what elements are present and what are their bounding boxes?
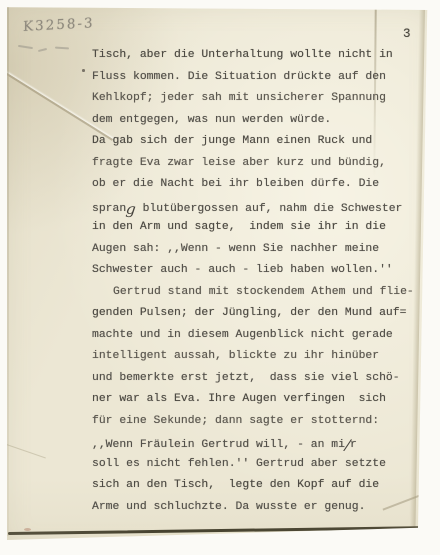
- typed-line: fragte Eva zwar leise aber kurz und bünd…: [92, 153, 422, 175]
- typed-text-segment: ner war als Eva. Ihre Augen verfingen si…: [92, 393, 386, 405]
- red-smudge: [24, 528, 31, 531]
- paper-left-edge: [7, 6, 9, 536]
- typed-text-segment: machte und in diesem Augenblick nicht ge…: [92, 329, 393, 341]
- typed-text-segment: dem entgegen, was nun werden würde.: [92, 114, 331, 126]
- typed-text-segment: Arme und schluchzte. Da wusste er genug.: [92, 501, 365, 513]
- typed-line: soll es nicht fehlen.'' Gertrud aber set…: [92, 454, 422, 476]
- typed-line: Augen sah: ,,Wenn - wenn Sie nachher mei…: [92, 239, 422, 261]
- typed-text-segment: Gertrud stand mit stockendem Athem und f…: [113, 286, 414, 298]
- typed-line: intelligent aussah, blickte zu ihr hinüb…: [92, 346, 422, 368]
- typed-text-segment: intelligent aussah, blickte zu ihr hinüb…: [92, 350, 379, 362]
- catalog-number-annotation: K3258-3: [23, 15, 95, 35]
- typed-line: ,,Wenn Fräulein Gertrud will, - an mi/r: [92, 432, 422, 454]
- typed-text-segment: soll es nicht fehlen.'' Gertrud aber set…: [92, 458, 386, 470]
- typed-line: Gertrud stand mit stockendem Athem und f…: [92, 282, 422, 304]
- typed-text-segment: Fluss kommen. Die Situation drückte auf …: [92, 71, 386, 83]
- pencil-stroke: [18, 45, 33, 49]
- typed-line: Kehlkopf; jeder sah mit unsicherer Spann…: [92, 88, 422, 110]
- typed-text-segment: Kehlkopf; jeder sah mit unsicherer Spann…: [92, 92, 386, 104]
- typed-line: Da gab sich der junge Mann einen Ruck un…: [92, 131, 422, 153]
- typed-text-segment: r: [350, 439, 357, 451]
- typed-line: dem entgegen, was nun werden würde.: [92, 110, 422, 132]
- typed-line: machte und in diesem Augenblick nicht ge…: [92, 325, 422, 347]
- typed-text-segment: fragte Eva zwar leise aber kurz und bünd…: [92, 157, 386, 169]
- typed-text-segment: sich an den Tisch, legte den Kopf auf di…: [92, 479, 379, 491]
- typed-text-segment: blutübergossen auf, nahm die Schwester: [136, 203, 403, 215]
- typed-line: sich an den Tisch, legte den Kopf auf di…: [92, 475, 422, 497]
- photo-background: K3258-3 3 Tisch, aber die Unterhaltung w…: [0, 0, 440, 555]
- typed-text-segment: und bemerkte erst jetzt, dass sie viel s…: [92, 372, 400, 384]
- typed-line: Arme und schluchzte. Da wusste er genug.: [92, 497, 422, 519]
- typed-text-segment: Tisch, aber die Unterhaltung wollte nich…: [92, 49, 393, 61]
- typed-text-segment: Schwester auch - auch - lieb haben wolle…: [92, 264, 393, 276]
- typed-text-segment: genden Pulsen; der Jüngling, der den Mun…: [92, 307, 406, 319]
- pencil-stroke: [55, 47, 69, 50]
- typed-line: Schwester auch - auch - lieb haben wolle…: [92, 260, 422, 282]
- typed-text-segment: ,,Wenn Fräulein Gertrud will, - an mi: [92, 439, 345, 451]
- typed-line: ner war als Eva. Ihre Augen verfingen si…: [92, 389, 422, 411]
- typed-line: Tisch, aber die Unterhaltung wollte nich…: [92, 45, 422, 67]
- crease-bottom-left: [0, 441, 46, 459]
- ink-speck: [82, 69, 85, 72]
- typed-line: sprang blutübergossen auf, nahm die Schw…: [92, 196, 422, 218]
- typed-text-segment: Augen sah: ,,Wenn - wenn Sie nachher mei…: [92, 243, 379, 255]
- page-number: 3: [403, 27, 411, 41]
- typed-text-segment: in den Arm und sagte, indem sie ihr in d…: [92, 221, 386, 233]
- document-page: K3258-3 3 Tisch, aber die Unterhaltung w…: [0, 0, 440, 555]
- typed-text-segment: für eine Sekunde; dann sagte er stottern…: [92, 415, 379, 427]
- typed-line: Fluss kommen. Die Situation drückte auf …: [92, 67, 422, 89]
- pencil-stroke: [38, 48, 47, 52]
- typed-line: für eine Sekunde; dann sagte er stottern…: [92, 411, 422, 433]
- typed-text-segment: Da gab sich der junge Mann einen Ruck un…: [92, 135, 372, 147]
- typed-text-block: Tisch, aber die Unterhaltung wollte nich…: [92, 45, 422, 518]
- typed-line: in den Arm und sagte, indem sie ihr in d…: [92, 217, 422, 239]
- typed-text-segment: ob er die Nacht bei ihr bleiben dürfe. D…: [92, 178, 379, 190]
- paper-bottom-edge: [8, 526, 420, 534]
- typed-line: genden Pulsen; der Jüngling, der den Mun…: [92, 303, 422, 325]
- typed-text-segment: spran: [92, 203, 126, 215]
- typed-line: und bemerkte erst jetzt, dass sie viel s…: [92, 368, 422, 390]
- typed-line: ob er die Nacht bei ihr bleiben dürfe. D…: [92, 174, 422, 196]
